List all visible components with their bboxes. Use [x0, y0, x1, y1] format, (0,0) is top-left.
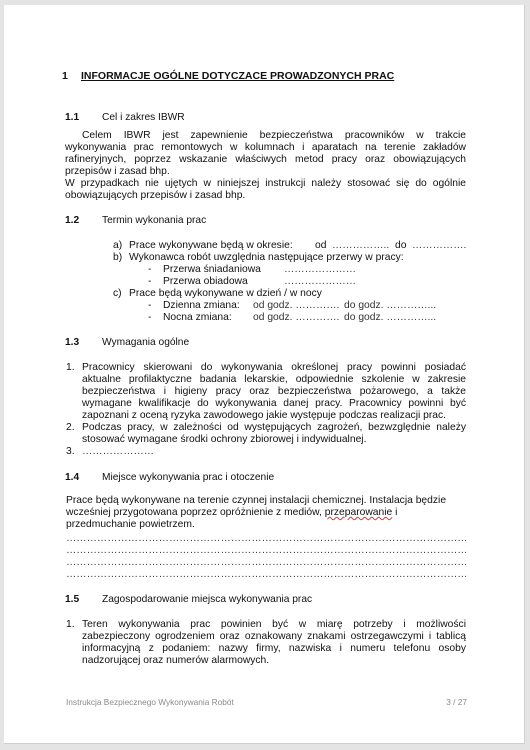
blank-line[interactable]: …………………………………………………………………………………………………………… [66, 557, 466, 569]
list-line: nadzorującej oraz numerów alarmowych. [82, 655, 269, 667]
section-heading-1-2: 1.2 Termin wykonania prac [65, 215, 365, 227]
text-run: wcześniej przygotowana poprzez opróżnien… [66, 507, 322, 518]
paragraph-line: rafineryjnych, poprzez wskazanie właściw… [65, 154, 466, 166]
sub-marker: - [148, 264, 151, 276]
paragraph-line: Celem IBWR jest zapewnienie bezpieczeńst… [65, 130, 466, 142]
break-label: Przerwa obiadowa [163, 276, 248, 288]
sub-marker: - [148, 312, 151, 324]
list-line: bezpieczeństwa i higieny pracy oraz bezp… [82, 386, 466, 398]
sub-marker: - [148, 276, 151, 288]
list-line: Teren wykonywania prac powinien być w mi… [82, 619, 466, 631]
section-number: 1.2 [65, 215, 79, 226]
list-item-text: Prace wykonywane będą w okresie: [129, 240, 293, 252]
paragraph-line: Prace będą wykonywane na terenie czynnej… [66, 495, 446, 507]
paragraph-line: obowiązujących przepisów i zasad bhp. [65, 190, 245, 202]
list-marker: c) [113, 288, 122, 300]
break-label: Przerwa śniadaniowa [163, 264, 261, 276]
list-item-text: Prace będą wykonywane w dzień / w nocy [129, 288, 322, 300]
list-marker: 2. [66, 422, 75, 434]
shift-to-field[interactable]: do godz. …………... [344, 312, 436, 324]
section-heading-1-1: 1.1 Cel i zakres IBWR [65, 112, 365, 124]
spellcheck-word[interactable]: przeparowanie [325, 507, 393, 518]
section-number: 1.4 [65, 472, 79, 483]
chapter-title: INFORMACJE OGÓLNE DOTYCZACE PROWADZONYCH… [81, 70, 394, 82]
section-heading-1-4: 1.4 Miejsce wykonywania prac i otoczenie [65, 472, 365, 484]
list-line: aktualne profilaktyczne badania lekarski… [82, 374, 466, 386]
shift-label: Dzienna zmiana: [163, 300, 240, 312]
list-marker: 1. [66, 619, 75, 631]
date-to-field[interactable]: ……………. [412, 240, 466, 252]
chapter-number: 1 [62, 70, 81, 82]
list-item-text: Wykonawca robót uwzględnia następujące p… [129, 252, 404, 264]
section-heading-1-5: 1.5 Zagospodarowanie miejsca wykonywania… [65, 594, 365, 606]
paragraph-line: przedmuchanie powietrzem. [66, 519, 195, 531]
blank-line[interactable]: …………………………………………………………………………………………………………… [66, 545, 466, 557]
date-from-field[interactable]: …………….. [332, 240, 389, 252]
text-run: i [395, 507, 397, 518]
section-heading-1-3: 1.3 Wymagania ogólne [65, 337, 365, 349]
shift-from-field[interactable]: od godz. …………. [253, 300, 339, 312]
list-line: Pracownicy skierowani do wykonywania okr… [82, 362, 466, 374]
blank-field[interactable]: ………………… [82, 446, 154, 458]
section-title: Cel i zakres IBWR [102, 112, 185, 123]
shift-to-field[interactable]: do godz. …………... [344, 300, 436, 312]
chapter-heading: 1INFORMACJE OGÓLNE DOTYCZACE PROWADZONYC… [62, 70, 394, 82]
section-title: Zagospodarowanie miejsca wykonywania pra… [102, 594, 312, 605]
paragraph-line: wykonywania prac remontowych w kolumnach… [65, 142, 466, 154]
list-marker: 3. [66, 446, 75, 458]
shift-label: Nocna zmiana: [163, 312, 232, 324]
list-line: stosować wymagane środki ochrony zbiorow… [82, 434, 366, 446]
section-title: Termin wykonania prac [102, 215, 206, 226]
paragraph-line: przepisów i zasad bhp. [65, 166, 170, 178]
section-title: Wymagania ogólne [102, 337, 189, 348]
list-line: informacyjną z podaniem: nazwy firmy, na… [82, 643, 466, 655]
date-from-label: od [315, 240, 326, 252]
paragraph-line: wcześniej przygotowana poprzez opróżnien… [66, 507, 397, 519]
list-line: zabezpieczony ogrodzeniem oraz oznakowan… [82, 631, 466, 643]
sub-marker: - [148, 300, 151, 312]
list-line: Podczas pracy, w zależności od występują… [82, 422, 466, 434]
section-number: 1.1 [65, 112, 79, 123]
blank-line[interactable]: …………………………………………………………………………………………………………… [66, 569, 466, 581]
list-line: wymagane kwalifikacje do wykonywania dan… [82, 398, 466, 410]
section-number: 1.3 [65, 337, 79, 348]
footer-title: Instrukcja Bezpiecznego Wykonywania Robó… [66, 697, 234, 707]
paragraph-line: W przypadkach nie ujętych w niniejszej i… [65, 178, 466, 190]
blank-line[interactable]: …………………………………………………………………………………………………………… [66, 533, 466, 545]
list-line: zapoznani z oceną ryzyka zawodowego jaki… [82, 410, 446, 422]
section-title: Miejsce wykonywania prac i otoczenie [102, 472, 274, 483]
list-marker: a) [113, 240, 122, 252]
list-marker: 1. [66, 362, 75, 374]
shift-from-field[interactable]: od godz. …………. [253, 312, 339, 324]
page-number: 3 / 27 [443, 697, 467, 707]
date-to-label: do [395, 240, 406, 252]
section-number: 1.5 [65, 594, 79, 605]
break-field[interactable]: ………………… [284, 264, 356, 276]
break-field[interactable]: ………………… [284, 276, 356, 288]
list-marker: b) [113, 252, 122, 264]
